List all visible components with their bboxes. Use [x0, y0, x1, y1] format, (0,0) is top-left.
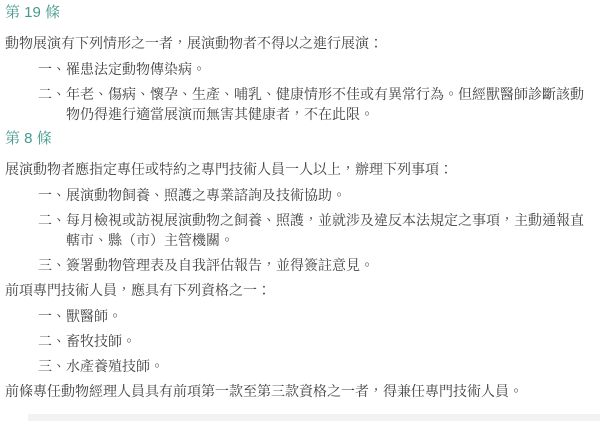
- item-marker: 二、: [38, 331, 66, 351]
- list-item: 三、 水產養殖技師。: [38, 356, 593, 376]
- list-item: 二、 畜牧技師。: [38, 331, 593, 351]
- article-19-intro: 動物展演有下列情形之一者，展演動物者不得以之進行展演：: [5, 33, 593, 53]
- item-text: 簽署動物管理表及自我評估報告，並得簽註意見。: [66, 255, 593, 275]
- item-marker: 二、: [38, 84, 66, 124]
- article-19: 第 19 條 動物展演有下列情形之一者，展演動物者不得以之進行展演： 一、 罹患…: [5, 3, 593, 124]
- list-item: 二、 每月檢視或訪視展演動物之飼養、照護，並就涉及違反本法規定之事項，主動通報直…: [38, 210, 593, 250]
- item-marker: 二、: [38, 210, 66, 250]
- article-8-heading: 第 8 條: [5, 129, 593, 149]
- item-marker: 一、: [38, 59, 66, 79]
- next-section-divider: [28, 414, 600, 421]
- item-text: 展演動物飼養、照護之專業諮詢及技術協助。: [66, 185, 593, 205]
- article-8-closing: 前條專任動物經理人員具有前項第一款至第三款資格之一者，得兼任專門技術人員。: [5, 381, 593, 401]
- article-8-duty-list: 一、 展演動物飼養、照護之專業諮詢及技術協助。 二、 每月檢視或訪視展演動物之飼…: [5, 185, 593, 275]
- article-19-condition-list: 一、 罹患法定動物傳染病。 二、 年老、傷病、懷孕、生產、哺乳、健康情形不佳或有…: [5, 59, 593, 124]
- article-8-qualification-list: 一、 獸醫師。 二、 畜牧技師。 三、 水產養殖技師。: [5, 306, 593, 376]
- item-text: 水產養殖技師。: [66, 356, 593, 376]
- item-text: 畜牧技師。: [66, 331, 593, 351]
- list-item: 三、 簽署動物管理表及自我評估報告，並得簽註意見。: [38, 255, 593, 275]
- item-text: 罹患法定動物傳染病。: [66, 59, 593, 79]
- list-item: 一、 展演動物飼養、照護之專業諮詢及技術協助。: [38, 185, 593, 205]
- item-text: 獸醫師。: [66, 306, 593, 326]
- list-item: 二、 年老、傷病、懷孕、生產、哺乳、健康情形不佳或有異常行為。但經獸醫師診斷該動…: [38, 84, 593, 124]
- item-marker: 三、: [38, 356, 66, 376]
- article-8-qualification-intro: 前項專門技術人員，應具有下列資格之一：: [5, 280, 593, 300]
- item-text: 每月檢視或訪視展演動物之飼養、照護，並就涉及違反本法規定之事項，主動通報直轄市、…: [66, 210, 593, 250]
- law-document-page: 第 19 條 動物展演有下列情形之一者，展演動物者不得以之進行展演： 一、 罹患…: [0, 0, 600, 421]
- list-item: 一、 罹患法定動物傳染病。: [38, 59, 593, 79]
- article-8-intro: 展演動物者應指定專任或特約之專門技術人員一人以上，辦理下列事項：: [5, 159, 593, 179]
- item-marker: 一、: [38, 306, 66, 326]
- article-8: 第 8 條 展演動物者應指定專任或特約之專門技術人員一人以上，辦理下列事項： 一…: [5, 129, 593, 401]
- item-marker: 三、: [38, 255, 66, 275]
- item-text: 年老、傷病、懷孕、生產、哺乳、健康情形不佳或有異常行為。但經獸醫師診斷該動物仍得…: [66, 84, 593, 124]
- article-19-heading: 第 19 條: [5, 3, 593, 23]
- list-item: 一、 獸醫師。: [38, 306, 593, 326]
- item-marker: 一、: [38, 185, 66, 205]
